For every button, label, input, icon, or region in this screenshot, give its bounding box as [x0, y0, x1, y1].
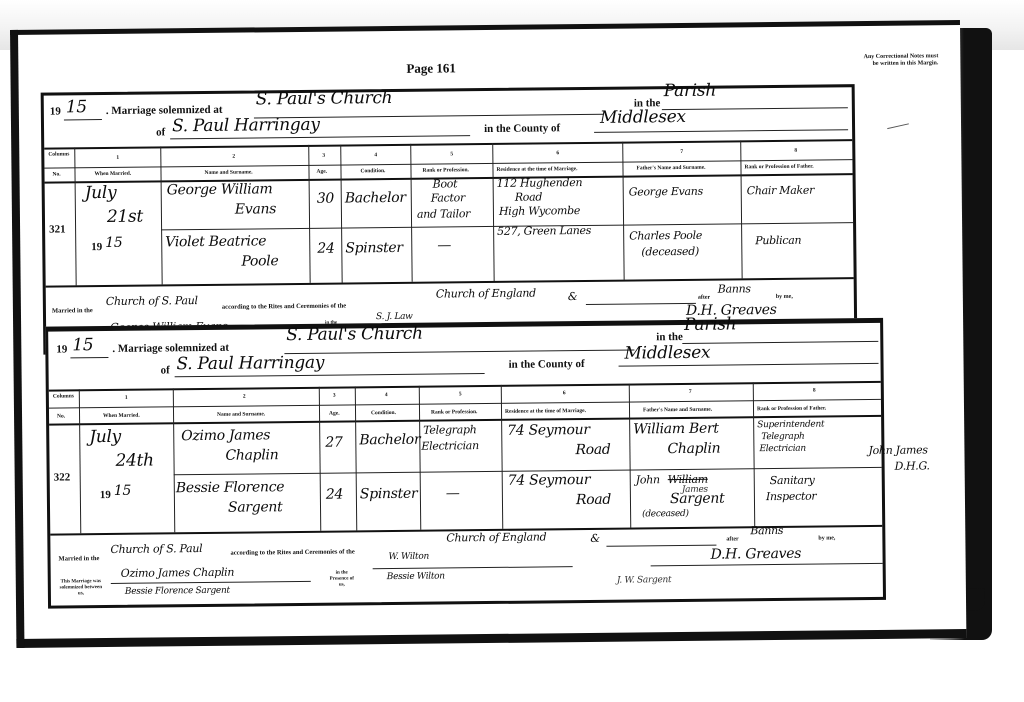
bride-father-note: (deceased)	[641, 245, 699, 259]
margin-annotation-name: John James	[868, 443, 927, 457]
groom-father-name-line2: Chaplin	[667, 441, 720, 458]
groom-residence-line3: High Wycombe	[499, 204, 580, 218]
when-married-month: July	[89, 427, 121, 447]
groom-rank-line3: and Tailor	[417, 207, 470, 221]
col-header-name: Name and Surname.	[217, 411, 265, 418]
col-header-rank: Rank or Profession.	[431, 409, 477, 415]
col-number-1: 1	[125, 395, 128, 401]
groom-father-name-line1: William Bert	[633, 421, 719, 438]
col-header-name: Name and Surname.	[204, 169, 252, 176]
bride-condition: Spinster	[360, 486, 418, 503]
rites-label: according to the Rites and Ceremonies of…	[230, 548, 354, 556]
witness-2: Bessie Wilton	[387, 571, 445, 582]
county-name: Middlesex	[624, 343, 710, 364]
bride-father-name: Charles Poole	[629, 229, 702, 243]
witness-1: S. J. Law	[376, 312, 413, 322]
groom-rank-line2: Electrician	[421, 439, 479, 453]
when-married-year-suffix: 15	[105, 235, 122, 251]
groom-name-line2: Chaplin	[225, 447, 278, 464]
bride-name-line1: Bessie Florence	[176, 479, 285, 496]
county-label: in the County of	[484, 122, 560, 135]
margin-note: Any Correctional Notes must be written i…	[858, 53, 938, 68]
groom-name-line2: Evans	[235, 201, 276, 217]
bride-rank: —	[446, 485, 460, 501]
col-header-age: Age.	[329, 411, 340, 417]
parish-name: S. Paul Harringay	[172, 115, 320, 137]
bride-father-surname: Sargent	[670, 491, 725, 508]
page-number: Page 161	[406, 60, 456, 77]
bride-condition: Spinster	[345, 240, 403, 257]
bride-name-line2: Poole	[241, 253, 278, 269]
groom-age: 30	[317, 191, 334, 207]
col-header-condition: Condition.	[371, 410, 396, 416]
parish-type: Parish	[664, 81, 716, 102]
col-header-when-married: When Married.	[94, 171, 131, 177]
year-suffix: 15	[66, 97, 87, 117]
rites-church: Church of England	[446, 530, 546, 544]
col-number-3: 3	[333, 393, 336, 399]
col-number-5: 5	[459, 391, 462, 397]
col-header-when-married: When Married.	[103, 413, 140, 419]
in-the-label: in the	[656, 331, 683, 343]
col-header-condition: Condition.	[360, 168, 385, 174]
col-header-father-rank: Rank or Profession of Father.	[744, 164, 813, 171]
in-presence-label: in the Presence of us,	[327, 570, 357, 588]
col-header-father-name: Father's Name and Surname.	[636, 165, 705, 172]
entry-number: 322	[54, 471, 71, 483]
bride-age: 24	[326, 487, 343, 503]
after-label: after	[726, 536, 738, 542]
officiant-signature: D.H. Greaves	[710, 546, 801, 563]
col-number-2: 2	[232, 154, 235, 160]
col-number-2: 2	[243, 394, 246, 400]
groom-father-rank-line3: Electrician	[759, 444, 806, 454]
bride-signature: Bessie Florence Sargent	[125, 586, 230, 597]
married-in-church: Church of S. Paul	[110, 542, 202, 556]
col-number-7: 7	[689, 389, 692, 395]
bride-rank: —	[437, 237, 451, 253]
groom-residence-line2: Road	[515, 190, 542, 203]
groom-rank-line1: Boot	[433, 177, 458, 190]
col-header-residence: Residence at the time of Marriage.	[505, 408, 586, 415]
margin-annotation-initials: D.H.G.	[895, 459, 930, 472]
extra-signature: J. W. Sargent	[617, 575, 672, 586]
when-married-month: July	[85, 183, 117, 203]
groom-condition: Bachelor	[359, 432, 420, 449]
bride-father-rank-line2: Inspector	[766, 490, 817, 504]
marriage-entry-322: 19 15 . Marriage solemnized at S. Paul's…	[45, 318, 886, 609]
year-suffix: 15	[72, 335, 93, 355]
parish-name: S. Paul Harringay	[176, 353, 324, 375]
banns: Banns	[718, 282, 751, 295]
when-married-year-prefix: 19	[91, 241, 102, 253]
col-header-no: No.	[52, 171, 60, 177]
groom-father-rank-line2: Telegraph	[761, 432, 804, 442]
col-number-1: 1	[116, 155, 119, 161]
bride-name-line1: Violet Beatrice	[165, 233, 266, 250]
col-number-7: 7	[680, 149, 683, 155]
this-marriage-label: This Marriage was solemnized between us,	[59, 579, 103, 597]
county-name: Middlesex	[600, 107, 686, 128]
rites-label: according to the Rites and Ceremonies of…	[222, 302, 346, 310]
bride-father-rank: Publican	[755, 234, 801, 247]
banns: Banns	[750, 524, 783, 537]
col-columns-label: Columns	[48, 151, 69, 157]
entry-number: 321	[49, 223, 66, 235]
groom-name-line1: Ozimo James	[181, 427, 270, 444]
by-me-label: by me,	[776, 294, 793, 300]
bride-name-line2: Sargent	[228, 499, 283, 516]
groom-condition: Bachelor	[345, 190, 406, 207]
church-name: S. Paul's Church	[286, 324, 423, 345]
col-number-8: 8	[813, 388, 816, 394]
bride-age: 24	[317, 241, 334, 257]
col-header-father-rank: Rank or Profession of Father.	[757, 405, 826, 412]
witness-1: W. Wilton	[388, 552, 428, 562]
groom-residence-line1: 112 Hughenden	[497, 176, 583, 190]
bride-residence-line1: 74 Seymour	[508, 472, 591, 489]
groom-name-line1: George William	[167, 181, 273, 198]
groom-age: 27	[325, 435, 342, 451]
groom-father-rank: Chair Maker	[747, 184, 814, 198]
married-in-label: Married in the	[59, 555, 100, 562]
when-married-day: 21st	[107, 207, 143, 227]
groom-father-name: George Evans	[629, 185, 703, 199]
register-page: Page 161 Any Correctional Notes must be …	[10, 20, 966, 648]
groom-residence-line1: 74 Seymour	[507, 422, 590, 439]
col-number-3: 3	[322, 153, 325, 159]
groom-rank-line2: Factor	[431, 191, 465, 204]
margin-pencil-mark	[887, 123, 909, 129]
of-label: of	[161, 364, 170, 376]
married-in-church: Church of S. Paul	[106, 294, 198, 308]
col-header-rank: Rank or Profession.	[422, 167, 468, 173]
rites-church: Church of England	[436, 287, 536, 301]
parish-type: Parish	[684, 314, 736, 335]
county-label: in the County of	[508, 358, 584, 371]
year-prefix: 19	[50, 105, 61, 117]
ampersand-mark: &	[568, 290, 578, 303]
bride-father-note: (deceased)	[642, 509, 689, 519]
when-married-day: 24th	[115, 451, 153, 471]
bride-residence-line2: Road	[576, 492, 611, 508]
by-me-label: by me,	[818, 535, 835, 541]
ampersand-mark: &	[590, 532, 600, 545]
married-in-label: Married in the	[52, 307, 93, 314]
after-label: after	[698, 295, 710, 301]
col-header-residence: Residence at the time of Marriage.	[496, 166, 577, 173]
col-number-6: 6	[563, 390, 566, 396]
col-number-8: 8	[794, 148, 797, 154]
col-header-father-name: Father's Name and Surname.	[643, 407, 712, 414]
col-columns-label: Columns	[53, 393, 74, 399]
bride-father-first-name: John	[636, 473, 660, 486]
when-married-year-suffix: 15	[114, 483, 131, 499]
col-number-4: 4	[374, 152, 377, 158]
col-header-age: Age.	[316, 169, 327, 175]
of-label: of	[156, 126, 165, 138]
groom-residence-line2: Road	[575, 442, 610, 458]
col-number-6: 6	[556, 150, 559, 156]
year-prefix: 19	[56, 343, 67, 355]
groom-signature: Ozimo James Chaplin	[121, 566, 235, 580]
col-number-5: 5	[450, 151, 453, 157]
groom-father-rank-line1: Superintendent	[757, 419, 824, 430]
church-name: S. Paul's Church	[256, 88, 393, 109]
groom-rank-line1: Telegraph	[423, 423, 476, 437]
bride-father-rank-line1: Sanitary	[770, 474, 815, 487]
col-number-4: 4	[385, 392, 388, 398]
col-header-no: No.	[57, 413, 65, 419]
when-married-year-prefix: 19	[100, 489, 111, 501]
bride-residence: 527, Green Lanes	[497, 224, 591, 238]
